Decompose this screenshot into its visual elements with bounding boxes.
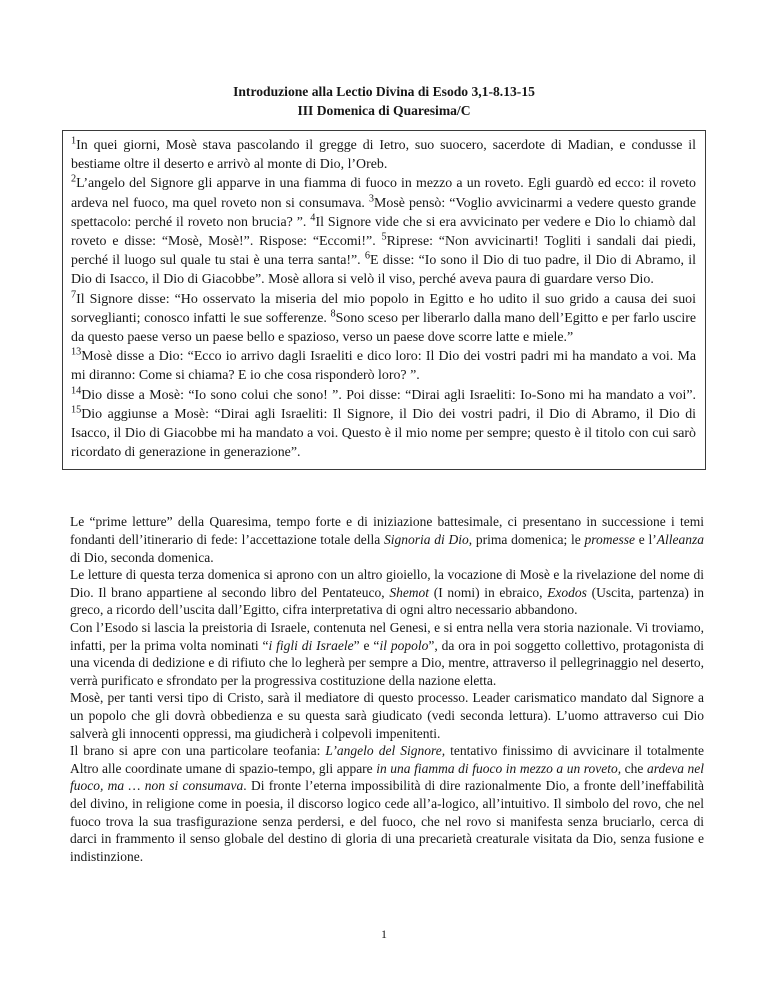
document-title: Introduzione alla Lectio Divina di Esodo… <box>0 0 768 120</box>
paragraph: Il brano si apre con una particolare teo… <box>70 742 704 865</box>
paragraph: Mosè, per tanti versi tipo di Cristo, sa… <box>70 689 704 742</box>
text-run: Mosè disse a Dio: “Ecco io arrivo dagli … <box>71 349 696 383</box>
emphasized-text: L’angelo del Signore, <box>325 743 445 758</box>
verse-number: 13 <box>71 347 81 358</box>
text-run: che <box>621 761 647 776</box>
text-run: ” e “ <box>354 638 380 653</box>
text-run: e l’ <box>635 532 657 547</box>
document-page: Introduzione alla Lectio Divina di Esodo… <box>0 0 768 994</box>
emphasized-text: promesse <box>585 532 636 547</box>
emphasized-text: Alleanza <box>657 532 704 547</box>
emphasized-text: Exodos <box>547 585 587 600</box>
text-run: , prima domenica; le <box>469 532 585 547</box>
text-run: Dio disse a Mosè: “Io sono colui che son… <box>81 388 696 403</box>
title-line-1: Introduzione alla Lectio Divina di Esodo… <box>0 83 768 102</box>
emphasized-text: il popolo <box>379 638 428 653</box>
text-run: Mosè, per tanti versi tipo di Cristo, sa… <box>70 690 704 740</box>
text-run: Il brano si apre con una particolare teo… <box>70 743 325 758</box>
emphasized-text: Signoria di Dio <box>384 532 469 547</box>
title-line-2: III Domenica di Quaresima/C <box>0 102 768 121</box>
text-run: In quei giorni, Mosè stava pascolando il… <box>71 138 696 172</box>
paragraph: 2L’angelo del Signore gli apparve in una… <box>71 174 696 289</box>
paragraph: 14Dio disse a Mosè: “Io sono colui che s… <box>71 386 696 463</box>
paragraph: Con l’Esodo si lascia la preistoria di I… <box>70 619 704 689</box>
text-run: di Dio, seconda domenica. <box>70 550 214 565</box>
paragraph: 13Mosè disse a Dio: “Ecco io arrivo dagl… <box>71 347 696 385</box>
paragraph: Le letture di questa terza domenica si a… <box>70 566 704 619</box>
page-number: 1 <box>0 927 768 942</box>
text-run: Dio aggiunse a Mosè: “Dirai agli Israeli… <box>71 407 696 460</box>
emphasized-text: in una fiamma di fuoco in mezzo a un rov… <box>376 761 621 776</box>
verse-number: 14 <box>71 385 81 396</box>
commentary-section: Le “prime letture” della Quaresima, temp… <box>70 513 704 865</box>
paragraph: Le “prime letture” della Quaresima, temp… <box>70 513 704 566</box>
verse-number: 15 <box>71 404 81 415</box>
paragraph: 7Il Signore disse: “Ho osservato la mise… <box>71 290 696 348</box>
text-run: (I nomi) in ebraico, <box>429 585 547 600</box>
paragraph: 1In quei giorni, Mosè stava pascolando i… <box>71 136 696 174</box>
emphasized-text: i figli di Israele <box>268 638 353 653</box>
scripture-reading-box: 1In quei giorni, Mosè stava pascolando i… <box>62 130 706 470</box>
emphasized-text: Shemot <box>389 585 429 600</box>
